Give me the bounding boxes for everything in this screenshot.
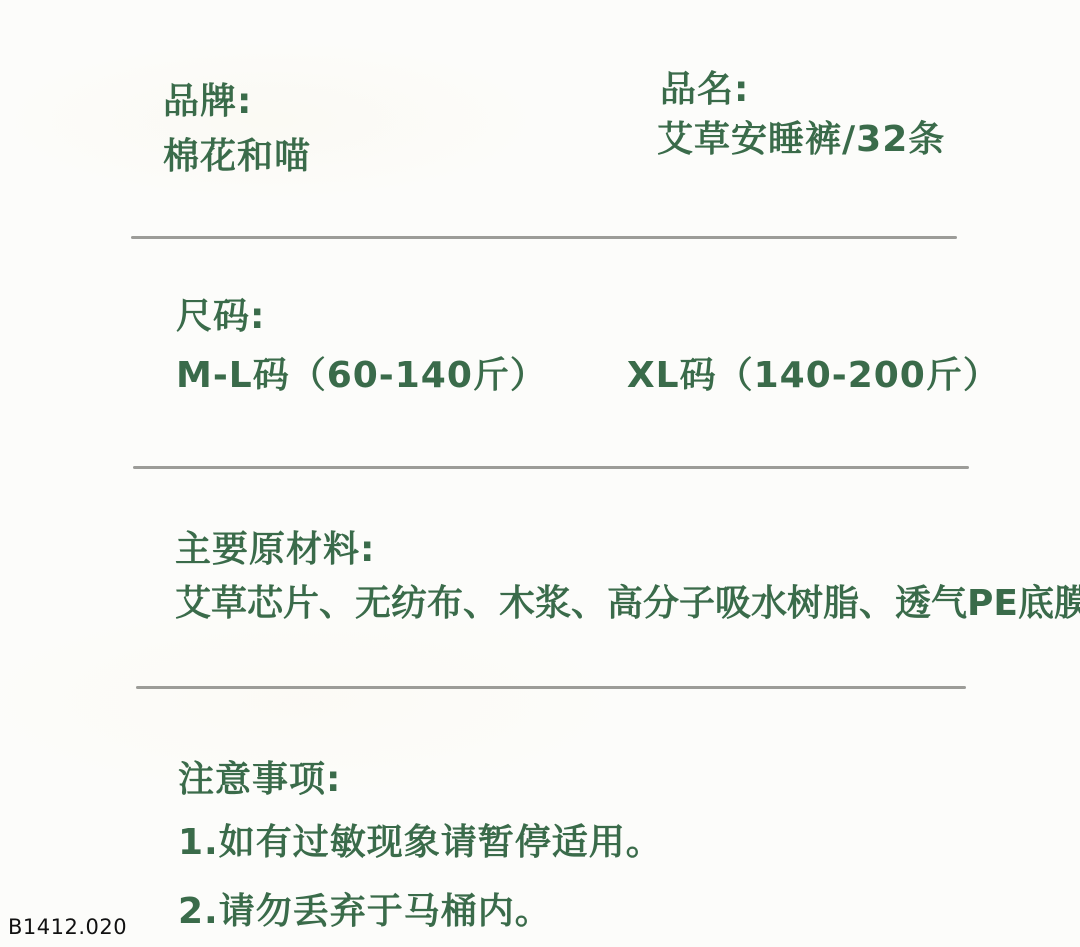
notes-label: 注意事项: [178, 760, 341, 800]
divider-2 [133, 466, 969, 469]
note-item-1: 1.如有过敏现象请暂停适用。 [178, 823, 663, 863]
brand-value: 棉花和喵 [163, 137, 311, 177]
materials-value: 艾草芯片、无纺布、木浆、高分子吸水树脂、透气PE底膜 [175, 584, 1080, 624]
product-info-card: 品牌: 棉花和喵 品名: 艾草安睡裤/32条 尺码: M-L码（60-140斤）… [0, 0, 1080, 947]
brand-label: 品牌: [163, 82, 252, 122]
size-option-xl: XL码（140-200斤） [627, 356, 1000, 396]
divider-3 [136, 686, 966, 689]
note-item-2: 2.请勿丢弃于马桶内。 [178, 892, 552, 932]
size-options-row: M-L码（60-140斤） XL码（140-200斤） [176, 356, 1000, 396]
product-name-value: 艾草安睡裤/32条 [657, 120, 945, 160]
size-option-ml: M-L码（60-140斤） [176, 356, 547, 396]
product-name-label: 品名: [660, 70, 749, 110]
watermark-code: B1412.020 [8, 915, 127, 939]
divider-1 [131, 236, 957, 239]
materials-label: 主要原材料: [175, 530, 375, 570]
size-label: 尺码: [176, 297, 265, 337]
